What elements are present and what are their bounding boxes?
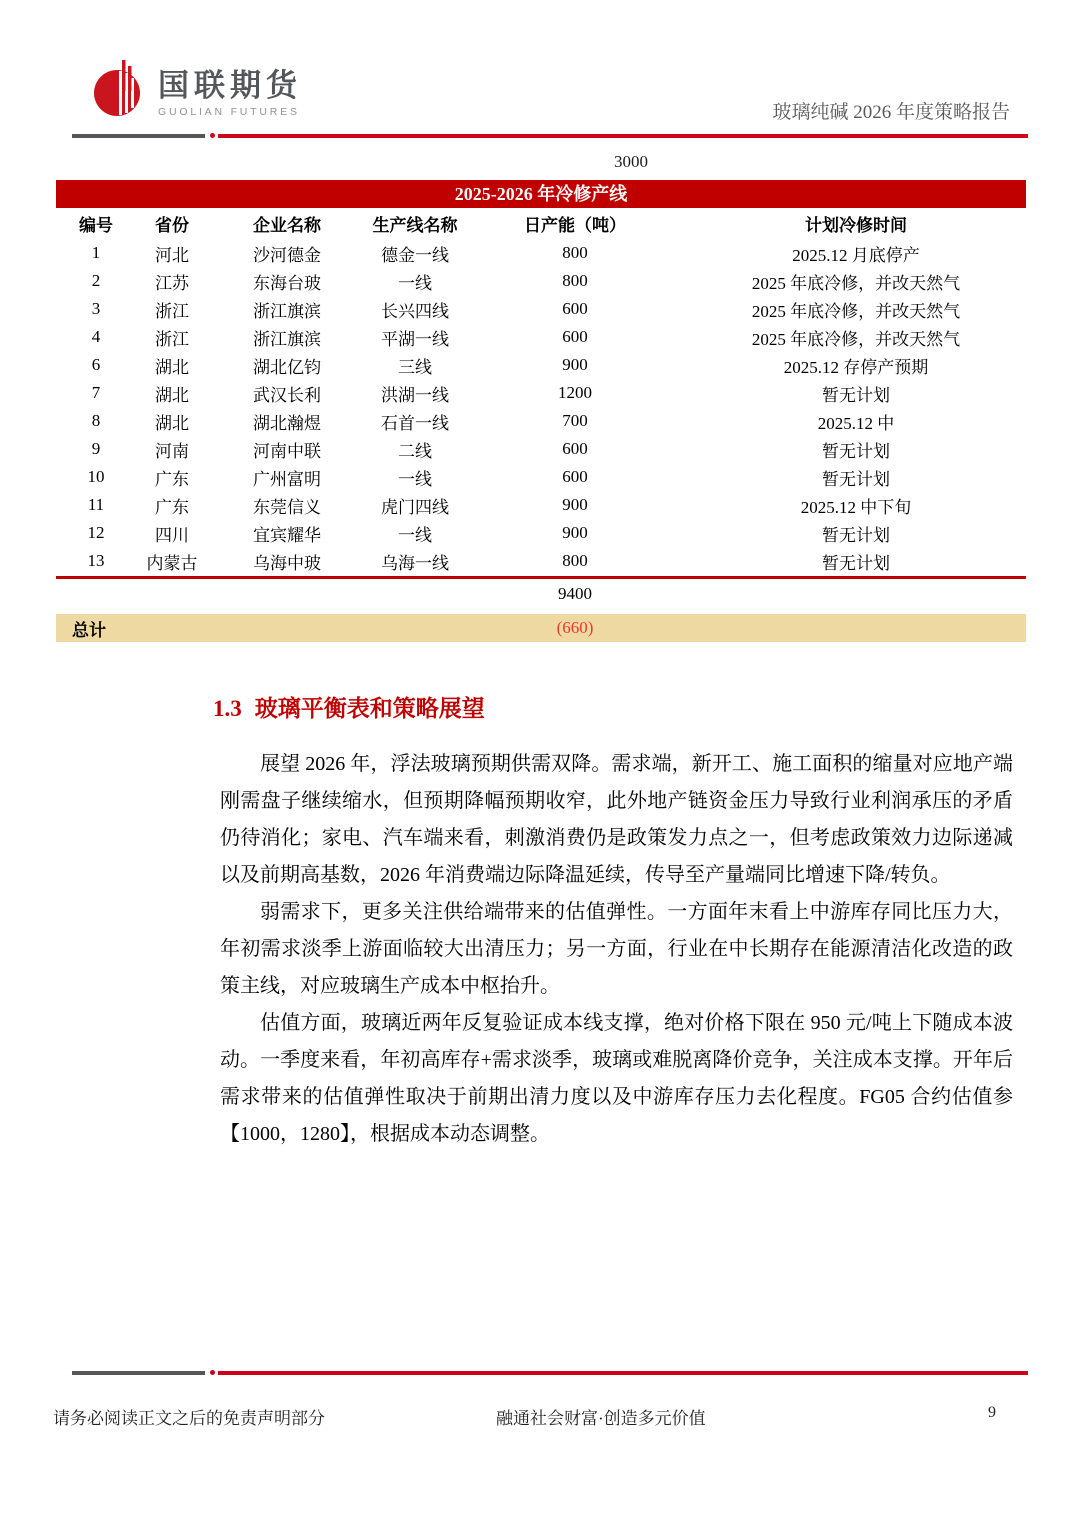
table-row: 1 河北 沙河德金 德金一线 800 2025.12 月底停产	[56, 239, 1026, 267]
divider-red-segment	[218, 1371, 1028, 1375]
col-header-id: 编号	[56, 211, 136, 236]
cell-schedule: 2025.12 中下旬	[686, 493, 1026, 518]
table-title-bar: 2025-2026 年冷修产线	[56, 180, 1026, 208]
subtotal-capacity: 9400	[464, 584, 686, 604]
cell-capacity: 800	[464, 551, 686, 571]
cell-id: 12	[56, 523, 136, 543]
cell-line: 洪湖一线	[366, 381, 464, 406]
cell-province: 广东	[136, 465, 208, 490]
cell-capacity: 600	[464, 467, 686, 487]
cell-schedule: 暂无计划	[686, 465, 1026, 490]
cell-capacity: 600	[464, 439, 686, 459]
cell-id: 7	[56, 383, 136, 403]
cell-capacity: 900	[464, 355, 686, 375]
table-body: 1 河北 沙河德金 德金一线 800 2025.12 月底停产 2 江苏 东海台…	[56, 239, 1026, 575]
total-label: 总计	[56, 616, 136, 641]
table-row: 8 湖北 湖北瀚煜 石首一线 700 2025.12 中	[56, 407, 1026, 435]
cell-company: 武汉长利	[208, 381, 366, 406]
table-row: 7 湖北 武汉长利 洪湖一线 1200 暂无计划	[56, 379, 1026, 407]
cell-province: 湖北	[136, 409, 208, 434]
cell-capacity: 700	[464, 411, 686, 431]
cell-capacity: 600	[464, 299, 686, 319]
paragraph-supply: 弱需求下，更多关注供给端带来的估值弹性。一方面年末看上中游库存同比压力大，年初需…	[220, 894, 1013, 1005]
cell-province: 广东	[136, 493, 208, 518]
table-row: 4 浙江 浙江旗滨 平湖一线 600 2025 年底冷修，并改天然气	[56, 323, 1026, 351]
cell-id: 1	[56, 243, 136, 263]
footer-disclaimer: 请务必阅读正文之后的免责声明部分	[53, 1404, 325, 1429]
cell-schedule: 2025.12 中	[686, 409, 1026, 434]
cell-line: 三线	[366, 353, 464, 378]
cell-company: 湖北亿钧	[208, 353, 366, 378]
col-header-line: 生产线名称	[366, 211, 464, 236]
cell-schedule: 2025 年底冷修，并改天然气	[686, 269, 1026, 294]
cell-line: 一线	[366, 521, 464, 546]
cell-schedule: 暂无计划	[686, 381, 1026, 406]
cell-id: 9	[56, 439, 136, 459]
section-body: 展望 2026 年，浮法玻璃预期供需双降。需求端，新开工、施工面积的缩量对应地产…	[220, 746, 1013, 1153]
cell-province: 浙江	[136, 297, 208, 322]
cell-province: 四川	[136, 521, 208, 546]
section-number: 1.3	[213, 696, 242, 722]
cell-company: 浙江旗滨	[208, 325, 366, 350]
cell-company: 浙江旗滨	[208, 297, 366, 322]
cell-line: 平湖一线	[366, 325, 464, 350]
report-page: 国联期货 GUOLIAN FUTURES 玻璃纯碱 2026 年度策略报告 30…	[0, 0, 1080, 1527]
cell-company: 宜宾耀华	[208, 521, 366, 546]
col-header-company: 企业名称	[208, 211, 366, 236]
cell-schedule: 2025 年底冷修，并改天然气	[686, 325, 1026, 350]
section-heading: 1.3 玻璃平衡表和策略展望	[213, 690, 485, 723]
logo-name-en: GUOLIAN FUTURES	[158, 106, 302, 118]
table-row: 9 河南 河南中联 二线 600 暂无计划	[56, 435, 1026, 463]
cell-company: 东海台玻	[208, 269, 366, 294]
cell-company: 广州富明	[208, 465, 366, 490]
cell-id: 11	[56, 495, 136, 515]
cell-province: 湖北	[136, 381, 208, 406]
cell-line: 乌海一线	[366, 549, 464, 574]
cell-id: 4	[56, 327, 136, 347]
cell-id: 10	[56, 467, 136, 487]
paragraph-outlook: 展望 2026 年，浮法玻璃预期供需双降。需求端，新开工、施工面积的缩量对应地产…	[220, 746, 1013, 894]
table-row: 3 浙江 浙江旗滨 长兴四线 600 2025 年底冷修，并改天然气	[56, 295, 1026, 323]
chart-axis-remnant: 3000	[520, 152, 742, 172]
cell-schedule: 暂无计划	[686, 521, 1026, 546]
total-net-change: (660)	[464, 618, 686, 638]
cell-line: 一线	[366, 269, 464, 294]
page-number: 9	[988, 1404, 996, 1422]
section-title: 玻璃平衡表和策略展望	[255, 690, 485, 723]
col-header-province: 省份	[136, 211, 208, 236]
cell-schedule: 暂无计划	[686, 549, 1026, 574]
table-row: 11 广东 东莞信义 虎门四线 900 2025.12 中下旬	[56, 491, 1026, 519]
cell-province: 内蒙古	[136, 549, 208, 574]
footer-divider	[72, 1370, 1028, 1375]
cell-province: 湖北	[136, 353, 208, 378]
total-row: 总计 (660)	[56, 614, 1026, 642]
cell-company: 东莞信义	[208, 493, 366, 518]
cell-province: 河北	[136, 241, 208, 266]
subtotal-row: 9400	[56, 579, 1026, 609]
col-header-capacity: 日产能（吨）	[464, 211, 686, 236]
cell-id: 3	[56, 299, 136, 319]
report-title: 玻璃纯碱 2026 年度策略报告	[772, 97, 1010, 124]
divider-red-segment	[218, 134, 1028, 138]
paragraph-valuation: 估值方面，玻璃近两年反复验证成本线支撑，绝对价格下限在 950 元/吨上下随成本…	[220, 1005, 1013, 1153]
cell-schedule: 暂无计划	[686, 437, 1026, 462]
cell-capacity: 600	[464, 327, 686, 347]
table-row: 10 广东 广州富明 一线 600 暂无计划	[56, 463, 1026, 491]
cell-line: 虎门四线	[366, 493, 464, 518]
cell-schedule: 2025.12 月底停产	[686, 241, 1026, 266]
divider-gray-segment	[72, 134, 205, 138]
cell-company: 河南中联	[208, 437, 366, 462]
cell-capacity: 800	[464, 243, 686, 263]
cell-capacity: 900	[464, 523, 686, 543]
cell-province: 浙江	[136, 325, 208, 350]
logo-text-block: 国联期货 GUOLIAN FUTURES	[158, 70, 302, 118]
cell-line: 二线	[366, 437, 464, 462]
cell-company: 乌海中玻	[208, 549, 366, 574]
cell-line: 石首一线	[366, 409, 464, 434]
cell-id: 8	[56, 411, 136, 431]
company-logo: 国联期货 GUOLIAN FUTURES	[92, 56, 302, 118]
cell-line: 一线	[366, 465, 464, 490]
cell-capacity: 900	[464, 495, 686, 515]
cell-id: 6	[56, 355, 136, 375]
cell-capacity: 800	[464, 271, 686, 291]
divider-dot	[210, 1370, 215, 1375]
cell-id: 2	[56, 271, 136, 291]
divider-dot	[210, 133, 215, 138]
table-row: 12 四川 宜宾耀华 一线 900 暂无计划	[56, 519, 1026, 547]
cell-province: 河南	[136, 437, 208, 462]
logo-name-cn: 国联期货	[158, 70, 302, 103]
cold-repair-table: 2025-2026 年冷修产线 编号 省份 企业名称 生产线名称 日产能（吨） …	[56, 180, 1026, 642]
col-header-schedule: 计划冷修时间	[686, 211, 1026, 236]
divider-gray-segment	[72, 1371, 205, 1375]
cell-id: 13	[56, 551, 136, 571]
table-header-row: 编号 省份 企业名称 生产线名称 日产能（吨） 计划冷修时间	[56, 208, 1026, 239]
cell-line: 长兴四线	[366, 297, 464, 322]
cell-line: 德金一线	[366, 241, 464, 266]
cell-company: 湖北瀚煜	[208, 409, 366, 434]
table-row: 2 江苏 东海台玻 一线 800 2025 年底冷修，并改天然气	[56, 267, 1026, 295]
cell-schedule: 2025.12 存停产预期	[686, 353, 1026, 378]
cell-capacity: 1200	[464, 383, 686, 403]
table-row: 6 湖北 湖北亿钧 三线 900 2025.12 存停产预期	[56, 351, 1026, 379]
header-divider	[72, 133, 1028, 138]
cell-schedule: 2025 年底冷修，并改天然气	[686, 297, 1026, 322]
table-row: 13 内蒙古 乌海中玻 乌海一线 800 暂无计划	[56, 547, 1026, 575]
cell-province: 江苏	[136, 269, 208, 294]
cell-company: 沙河德金	[208, 241, 366, 266]
footer-slogan: 融通社会财富·创造多元价值	[496, 1404, 706, 1429]
guolian-logo-icon	[92, 56, 146, 118]
